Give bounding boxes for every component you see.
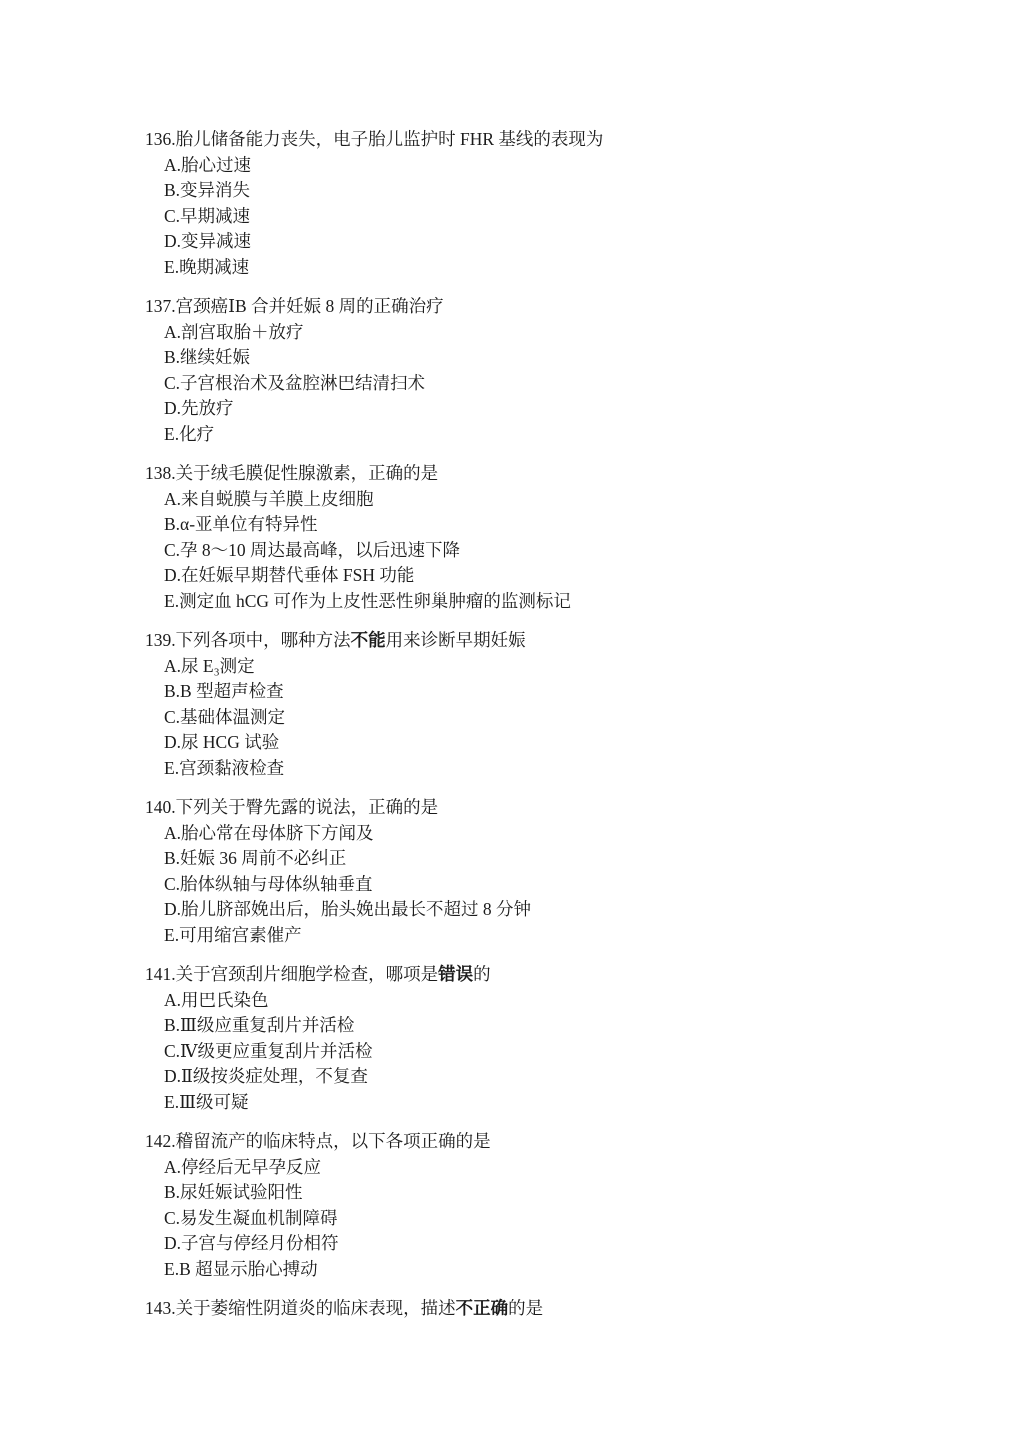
option-b: B.妊娠 36 周前不必纠正 <box>145 846 973 872</box>
option-a: A.停经后无早孕反应 <box>145 1155 973 1181</box>
option-d: D.子宫与停经月份相符 <box>145 1231 973 1257</box>
option-b: B.继续妊娠 <box>145 345 973 371</box>
question-title-text: 关于绒毛膜促性腺激素，正确的是 <box>176 463 439 483</box>
exam-document-page: 136.胎儿储备能力丧失，电子胎儿监护时 FHR 基线的表现为 A.胎心过速 B… <box>145 127 973 1322</box>
option-a: A.剖宫取胎＋放疗 <box>145 320 973 346</box>
question-block-143: 143.关于萎缩性阴道炎的临床表现，描述不正确的是 <box>145 1296 973 1322</box>
question-title: 143.关于萎缩性阴道炎的临床表现，描述不正确的是 <box>145 1296 973 1322</box>
question-title: 139.下列各项中，哪种方法不能用来诊断早期妊娠 <box>145 628 973 654</box>
option-c: C.基础体温测定 <box>145 705 973 731</box>
option-e: E.化疗 <box>145 422 973 448</box>
question-block-138: 138.关于绒毛膜促性腺激素，正确的是 A.来自蜕膜与羊膜上皮细胞 B.α-亚单… <box>145 461 973 614</box>
option-c: C.孕 8～10 周达最高峰，以后迅速下降 <box>145 538 973 564</box>
question-title-text: 下列关于臀先露的说法，正确的是 <box>176 797 439 817</box>
question-title-rest: 的 <box>473 964 491 984</box>
question-title: 140.下列关于臀先露的说法，正确的是 <box>145 795 973 821</box>
question-block-139: 139.下列各项中，哪种方法不能用来诊断早期妊娠 A.尿 E₃测定 B.B 型超… <box>145 628 973 781</box>
option-e: E.B 超显示胎心搏动 <box>145 1257 973 1283</box>
question-number: 141. <box>145 964 176 984</box>
question-title-bold: 不能 <box>351 630 386 650</box>
option-e: E.晚期减速 <box>145 255 973 281</box>
option-b: B.变异消失 <box>145 178 973 204</box>
option-d: D.在妊娠早期替代垂体 FSH 功能 <box>145 563 973 589</box>
question-title: 136.胎儿储备能力丧失，电子胎儿监护时 FHR 基线的表现为 <box>145 127 973 153</box>
option-d: D.变异减速 <box>145 229 973 255</box>
question-number: 142. <box>145 1131 176 1151</box>
question-number: 139. <box>145 630 176 650</box>
option-e: E.测定血 hCG 可作为上皮性恶性卵巢肿瘤的监测标记 <box>145 589 973 615</box>
question-title-text: 下列各项中，哪种方法 <box>176 630 351 650</box>
question-block-136: 136.胎儿储备能力丧失，电子胎儿监护时 FHR 基线的表现为 A.胎心过速 B… <box>145 127 973 280</box>
question-block-137: 137.宫颈癌ⅠB 合并妊娠 8 周的正确治疗 A.剖宫取胎＋放疗 B.继续妊娠… <box>145 294 973 447</box>
question-title-rest: 的是 <box>508 1298 543 1318</box>
option-a: A.尿 E₃测定 <box>145 654 973 680</box>
question-title-bold: 错误 <box>438 964 473 984</box>
option-b: B.Ⅲ级应重复刮片并活检 <box>145 1013 973 1039</box>
question-title: 141.关于宫颈刮片细胞学检查，哪项是错误的 <box>145 962 973 988</box>
option-e: E.宫颈黏液检查 <box>145 756 973 782</box>
question-title-rest: 用来诊断早期妊娠 <box>386 630 526 650</box>
option-e: E.可用缩宫素催产 <box>145 923 973 949</box>
question-title-bold: 不正确 <box>456 1298 509 1318</box>
question-title: 137.宫颈癌ⅠB 合并妊娠 8 周的正确治疗 <box>145 294 973 320</box>
option-c: C.子宫根治术及盆腔淋巴结清扫术 <box>145 371 973 397</box>
option-e: E.Ⅲ级可疑 <box>145 1090 973 1116</box>
option-c: C.Ⅳ级更应重复刮片并活检 <box>145 1039 973 1065</box>
option-c: C.易发生凝血机制障碍 <box>145 1206 973 1232</box>
question-title-text: 胎儿储备能力丧失，电子胎儿监护时 FHR 基线的表现为 <box>176 129 604 149</box>
question-title: 142.稽留流产的临床特点，以下各项正确的是 <box>145 1129 973 1155</box>
option-a: A.来自蜕膜与羊膜上皮细胞 <box>145 487 973 513</box>
question-block-140: 140.下列关于臀先露的说法，正确的是 A.胎心常在母体脐下方闻及 B.妊娠 3… <box>145 795 973 948</box>
question-block-141: 141.关于宫颈刮片细胞学检查，哪项是错误的 A.用巴氏染色 B.Ⅲ级应重复刮片… <box>145 962 973 1115</box>
question-number: 137. <box>145 296 176 316</box>
question-title-text: 稽留流产的临床特点，以下各项正确的是 <box>176 1131 491 1151</box>
question-title-text: 关于萎缩性阴道炎的临床表现，描述 <box>176 1298 456 1318</box>
option-d: D.尿 HCG 试验 <box>145 730 973 756</box>
option-b: B.尿妊娠试验阳性 <box>145 1180 973 1206</box>
option-b: B.α-亚单位有特异性 <box>145 512 973 538</box>
option-d: D.胎儿脐部娩出后，胎头娩出最长不超过 8 分钟 <box>145 897 973 923</box>
question-number: 138. <box>145 463 176 483</box>
question-title-text: 宫颈癌ⅠB 合并妊娠 8 周的正确治疗 <box>176 296 444 316</box>
question-number: 143. <box>145 1298 176 1318</box>
option-d: D.先放疗 <box>145 396 973 422</box>
option-c: C.早期减速 <box>145 204 973 230</box>
question-number: 140. <box>145 797 176 817</box>
option-a: A.用巴氏染色 <box>145 988 973 1014</box>
option-a: A.胎心过速 <box>145 153 973 179</box>
option-d: D.Ⅱ级按炎症处理，不复查 <box>145 1064 973 1090</box>
option-a: A.胎心常在母体脐下方闻及 <box>145 821 973 847</box>
question-block-142: 142.稽留流产的临床特点，以下各项正确的是 A.停经后无早孕反应 B.尿妊娠试… <box>145 1129 973 1282</box>
question-title: 138.关于绒毛膜促性腺激素，正确的是 <box>145 461 973 487</box>
question-number: 136. <box>145 129 176 149</box>
question-title-text: 关于宫颈刮片细胞学检查，哪项是 <box>176 964 439 984</box>
option-c: C.胎体纵轴与母体纵轴垂直 <box>145 872 973 898</box>
option-b: B.B 型超声检查 <box>145 679 973 705</box>
